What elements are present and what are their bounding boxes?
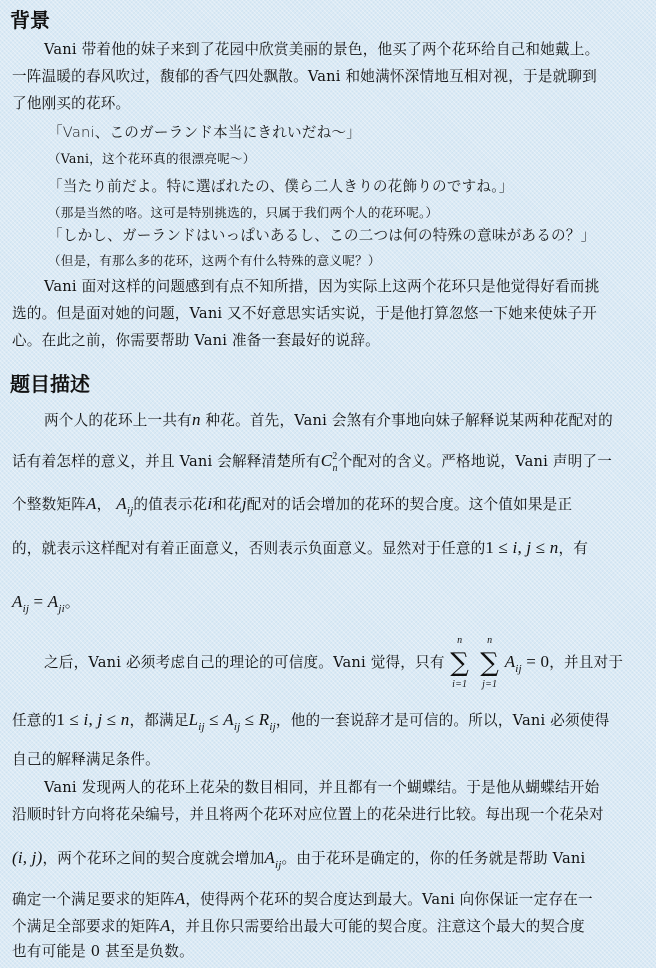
dialogue-translation: （但是，有那么多的花环，这两个有什么特殊的意义呢？） [48,251,381,271]
math-A: A [86,494,97,513]
math-A: A [223,710,234,729]
paragraph-line: 个整数矩阵A， Aij的值表示花i和花j配对的话会增加的花环的契合度。这个值如果… [12,494,572,516]
paragraph-line: 自己的解释满足条件。 [12,750,160,770]
sum-lower: j=1 [476,680,504,690]
paragraph-line: Aij = Aji。 [12,592,80,614]
text-span: 配对的话会增加的花环的契合度。这个值如果是正 [247,496,572,513]
math-le: ≤ [102,710,120,729]
paragraph-line: Vani 发现两人的花环上花朵的数目相同，并且都有一个蝴蝶结。于是他从蝴蝶结开始 [44,778,599,798]
math-Aji: Aji [48,592,65,611]
math-range: 1 ≤ [56,710,83,729]
math-eq-zero: = 0 [522,652,549,671]
text-span: 的，就表示这样配对有着正面意义，否则表示负面意义。显然对于任意的 [12,540,485,557]
dialogue-japanese: 「当たり前だよ。特に選ばれたの、僕ら二人きりの花飾りのですね。」 [48,177,514,197]
text-span: 的值表示花 [133,496,207,513]
paragraph-line: 确定一个满足要求的矩阵A，使得两个花环的契合度达到最大。Vani 向你保证一定存… [12,889,593,910]
math-A: A [505,652,516,671]
paragraph-line: 话有着怎样的意义，并且 Vani 会解释清楚所有C2n个配对的含义。严格地说，V… [12,451,612,474]
math-Aij: Aij [223,710,240,729]
text-span: 任意的 [12,712,56,729]
paragraph-line: 两个人的花环上一共有n 种花。首先，Vani 会煞有介事地向妹子解释说某两种花配… [44,410,613,431]
dialogue-translation: （Vani，这个花环真的很漂亮呢～） [48,149,256,169]
math-A: A [48,592,59,611]
text-span: 话有着怎样的意义，并且 Vani 会解释清楚所有 [12,453,321,470]
dialogue-japanese: 「Vani、このガーランド本当にきれいだね～」 [48,123,361,143]
math-sub: ij [198,721,205,733]
sum-lower: i=1 [446,680,474,690]
paragraph-line: Vani 带着他的妹子来到了花园中欣赏美丽的景色，他买了两个花环给自己和她戴上。 [44,40,599,60]
sum-upper: n [476,636,504,646]
section-heading-description: 题目描述 [10,372,90,396]
paragraph-line: 个满足全部要求的矩阵A，并且你只需要给出最大可能的契合度。注意这个最大的契合度 [12,916,585,937]
math-Aij: Aij [505,652,522,671]
math-Lij: Lij [189,710,205,729]
dialogue-japanese: 「しかし、ガーランドはいっぱいあるし、この二つは何の特殊の意味があるの？」 [48,226,595,246]
math-A: A [116,494,127,513]
math-sub: ij [269,721,276,733]
sigma-icon: ∑ [476,650,504,676]
math-A: A [264,848,275,867]
text-span: 种花。首先，Vani 会煞有介事地向妹子解释说某两种花配对的 [201,412,613,429]
math-A: A [175,889,186,908]
sum-symbol-i: n∑i=1 [446,650,474,676]
math-sub: ji [58,603,65,615]
text-span: 。 [65,594,80,611]
math-A: A [12,592,23,611]
math-sub: ij [127,505,134,517]
text-span: 个配对的含义。严格地说，Vani 声明了一 [338,453,612,470]
math-Aij: Aij [116,494,133,513]
math-R: R [259,710,270,729]
paragraph-line: 任意的1 ≤ i, j ≤ n，都满足Lij ≤ Aij ≤ Rij，他的一套说… [12,710,609,732]
paragraph-line: 选的。但是面对她的问题，Vani 又不好意思实话实说，于是他打算忽悠一下她来使妹… [12,304,597,324]
text-span: 之后，Vani 必须考虑自己的理论的可信度。Vani 觉得，只有 [44,654,445,671]
math-le: ≤ [205,710,223,729]
math-sub: ij [234,721,241,733]
text-span: 确定一个满足要求的矩阵 [12,891,175,908]
paragraph-line: (i, j)，两个花环之间的契合度就会增加Aij。由于花环是确定的，你的任务就是… [12,848,585,870]
paragraph-line: 心。在此之前，你需要帮助 Vani 准备一套最好的说辞。 [12,331,380,351]
math-sub: n [332,463,337,474]
text-span: 两个人的花环上一共有 [44,412,192,429]
math-Aij: Aij [12,592,29,611]
text-span: ，他的一套说辞才是可信的。所以，Vani 必须使得 [276,712,609,729]
text-span: ，有 [558,540,588,557]
paragraph-line: 沿顺时针方向将花朵编号，并且将两个花环对应位置上的花朵进行比较。每出现一个花朵对 [12,805,604,825]
paragraph-line: 之后，Vani 必须考虑自己的理论的可信度。Vani 觉得，只有n∑i=1n∑j… [44,650,623,676]
math-A: A [160,916,171,935]
math-n: n [192,410,201,429]
math-C: C [321,451,333,470]
math-sup: 2 [332,451,337,462]
text-span: ，都满足 [129,712,188,729]
paragraph-line: 的，就表示这样配对有着正面意义，否则表示负面意义。显然对于任意的1 ≤ i, j… [12,538,588,559]
math-sub: ij [515,663,522,675]
math-Aij: Aij [264,848,281,867]
text-span: ，使得两个花环的契合度达到最大。Vani 向你保证一定存在一 [185,891,592,908]
math-le: ≤ [531,538,549,557]
math-L: L [189,710,199,729]
dialogue-translation: （那是当然的咯。这可是特别挑选的，只属于我们两个人的花环呢。） [48,203,438,223]
math-sub: ij [23,603,30,615]
paragraph-line: 一阵温暖的春风吹过，馥郁的香气四处飘散。Vani 和她满怀深情地互相对视，于是就… [12,67,597,87]
text-span: ，并且你只需要给出最大可能的契合度。注意这个最大的契合度 [171,918,585,935]
paragraph-line: Vani 面对这样的问题感到有点不知所措，因为实际上这两个花环只是他觉得好看而挑 [44,277,599,297]
math-range: 1 ≤ [485,538,512,557]
math-combination: C2n [321,451,338,470]
math-pair: (i, j) [12,848,42,867]
text-span: ，两个花环之间的契合度就会增加 [42,850,264,867]
sum-symbol-j: n∑j=1 [476,650,504,676]
text-span: 个整数矩阵 [12,496,86,513]
text-span: ，并且对于 [549,654,623,671]
text-span: 个满足全部要求的矩阵 [12,918,160,935]
sigma-icon: ∑ [446,650,474,676]
math-le: ≤ [240,710,258,729]
text-span: ， [97,496,112,513]
math-Rij: Rij [259,710,276,729]
math-eq: = [29,592,48,611]
paragraph-line: 也有可能是 0 甚至是负数。 [12,942,194,962]
paragraph-line: 了他刚买的花环。 [12,94,130,114]
math-sub: ij [275,859,282,871]
sum-upper: n [446,636,474,646]
text-span: 和花 [212,496,242,513]
text-span: 。由于花环是确定的，你的任务就是帮助 Vani [282,850,586,867]
section-heading-background: 背景 [10,8,50,32]
